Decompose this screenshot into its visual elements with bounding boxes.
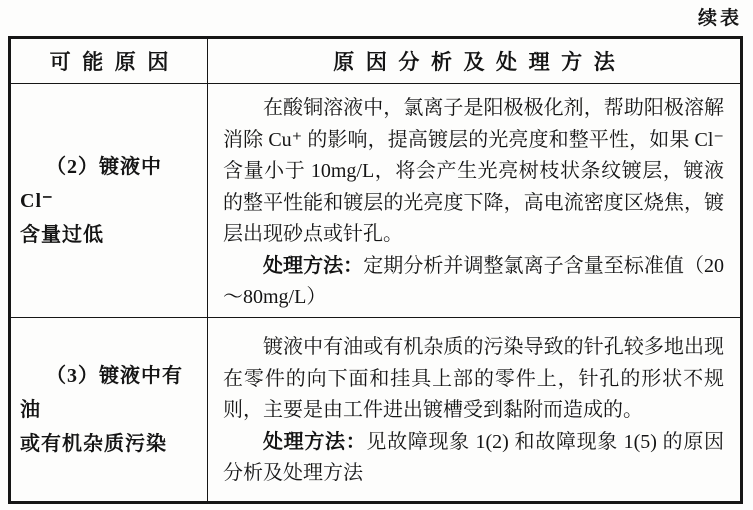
method-label: 处理方法： <box>263 431 366 453</box>
method-label: 处理方法： <box>263 255 363 277</box>
analysis-paragraph: 在酸铜溶液中，氯离子是阳极极化剂，帮助阳极溶解消除 Cu⁺ 的影响，提高镀层的光… <box>223 93 724 251</box>
table-row: （2）镀液中 Cl⁻ 含量过低 在酸铜溶液中，氯离子是阳极极化剂，帮助阳极溶解消… <box>11 83 740 317</box>
cause-text-line1: （3）镀液中有油 <box>20 359 198 427</box>
header-cell-analysis-method: 原因分析及处理方法 <box>208 39 740 83</box>
cause-text-line2: 含量过低 <box>20 218 198 252</box>
cause-text-line1: （2）镀液中 Cl⁻ <box>20 150 198 218</box>
continued-table-label: 续表 <box>698 3 742 30</box>
table-header-row: 可能原因 原因分析及处理方法 <box>11 39 740 83</box>
cause-cell: （2）镀液中 Cl⁻ 含量过低 <box>11 84 208 317</box>
cause-text-line2: 或有机杂质污染 <box>20 427 198 461</box>
header-cell-possible-cause: 可能原因 <box>11 39 208 83</box>
analysis-cell: 镀液中有油或有机杂质的污染导致的针孔较多地出现在零件的向下面和挂具上部的零件上，… <box>208 318 740 501</box>
table-row: （3）镀液中有油 或有机杂质污染 镀液中有油或有机杂质的污染导致的针孔较多地出现… <box>11 317 740 501</box>
analysis-cell: 在酸铜溶液中，氯离子是阳极极化剂，帮助阳极溶解消除 Cu⁺ 的影响，提高镀层的光… <box>208 84 740 317</box>
document-page: 续表 可能原因 原因分析及处理方法 （2）镀液中 Cl⁻ 含量过低 在酸铜溶液中… <box>0 0 753 510</box>
cause-cell: （3）镀液中有油 或有机杂质污染 <box>11 318 208 501</box>
method-paragraph: 处理方法：定期分析并调整氯离子含量至标准值（20～80mg/L） <box>223 251 724 314</box>
method-paragraph: 处理方法：见故障现象 1(2) 和故障现象 1(5) 的原因分析及处理方法 <box>223 427 724 490</box>
fault-analysis-table: 可能原因 原因分析及处理方法 （2）镀液中 Cl⁻ 含量过低 在酸铜溶液中，氯离… <box>8 36 743 504</box>
analysis-paragraph: 镀液中有油或有机杂质的污染导致的针孔较多地出现在零件的向下面和挂具上部的零件上，… <box>223 332 724 427</box>
